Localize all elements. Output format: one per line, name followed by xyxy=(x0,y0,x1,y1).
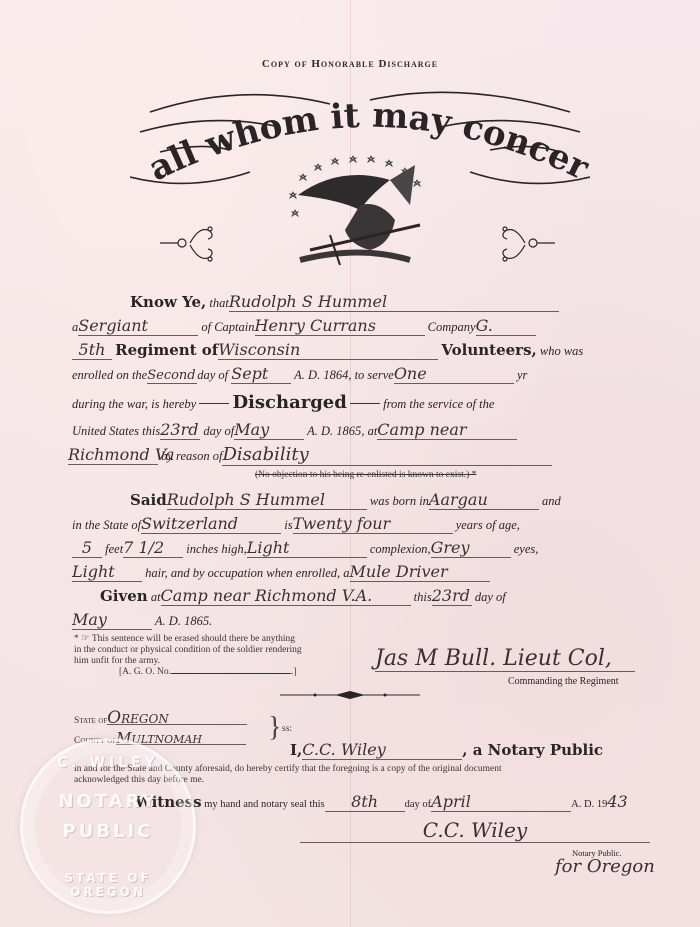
complexion-field: Light xyxy=(247,538,367,558)
state-field: Wisconsin xyxy=(218,340,438,360)
notary-name-field: C.C. Wiley xyxy=(302,740,462,760)
discharge-place-cont-field: Richmond Va xyxy=(68,445,158,465)
discharge-place-field: Camp near xyxy=(377,420,517,440)
given-place-field: Camp near Richmond V.A. xyxy=(161,586,411,606)
given-day-field: 23rd xyxy=(432,586,472,606)
term-field: One xyxy=(394,364,514,384)
brace: } xyxy=(268,712,281,744)
discharged-heading: Discharged xyxy=(232,392,346,413)
state-of-line: State ofOregon xyxy=(74,713,247,727)
eagle-emblem-icon xyxy=(280,150,440,270)
birthplace-field: Aargau xyxy=(429,490,539,510)
know-ye-line: Know Ye, thatRudolph S Hummel xyxy=(130,292,630,314)
captain-field: Henry Currans xyxy=(255,316,425,336)
given-date-line: May A. D. 1865. xyxy=(72,610,632,632)
reason-field: Disability xyxy=(222,444,552,466)
divider-ornament-icon xyxy=(280,690,420,700)
flourish-left-icon xyxy=(160,215,220,265)
reason-line: Richmond Va by reason ofDisability xyxy=(68,444,628,466)
footnote: * ☞ This sentence will be erased should … xyxy=(74,634,354,678)
discharge-date-line: United States this23rd day ofMay A. D. 1… xyxy=(72,420,632,442)
notary-signature: C.C. Wiley xyxy=(300,818,650,843)
regiment-line: 5th Regiment ofWisconsin Volunteers, who… xyxy=(72,340,632,362)
ss-label: ss: xyxy=(282,724,292,735)
notary-state-field: Oregon xyxy=(107,713,247,725)
commander-signature: Jas M Bull. Lieut Col, xyxy=(375,646,635,672)
said-name-field: Rudolph S Hummel xyxy=(167,490,367,510)
discharge-day-field: 23rd xyxy=(160,420,200,440)
regiment-number-field: 5th xyxy=(72,340,112,360)
discharged-line: during the war, is hereby Discharged fro… xyxy=(72,392,632,414)
commander-title: Commanding the Regiment xyxy=(508,676,619,687)
physical-line: 5 feet7 1/2 inches high,Light complexion… xyxy=(72,538,632,560)
enrolled-day-field: Second xyxy=(147,368,197,384)
witness-month-field: April xyxy=(431,792,571,812)
said-line: SaidRudolph S Hummel was born inAargau a… xyxy=(130,490,630,512)
document-header: Copy of Honorable Discharge xyxy=(0,58,700,70)
enrolled-month-field: Sept xyxy=(231,364,291,384)
hair-occupation-line: Light hair, and by occupation when enrol… xyxy=(72,562,632,584)
birth-state-line: in the State ofSwitzerland isTwenty four… xyxy=(72,514,632,536)
notary-for-state: for Oregon xyxy=(555,856,655,877)
company-field: G. xyxy=(476,316,536,336)
discharge-month-field: May xyxy=(234,420,304,440)
enrolled-line: enrolled on theSecondday of Sept A. D. 1… xyxy=(72,364,632,386)
notary-declaration-line: I,C.C. Wiley, a Notary Public xyxy=(290,740,650,762)
reenlist-note: (No objection to his being re-enlisted i… xyxy=(255,470,476,481)
eyes-field: Grey xyxy=(431,538,511,558)
flourish-right-icon xyxy=(495,215,555,265)
inches-field: 7 1/2 xyxy=(123,538,183,558)
hair-field: Light xyxy=(72,562,142,582)
witness-day-field: 8th xyxy=(325,792,405,812)
witness-line: Witness my hand and notary seal this8thd… xyxy=(135,792,655,814)
age-field: Twenty four xyxy=(293,514,453,534)
rank-line: aSergiant of CaptainHenry Currans Compan… xyxy=(72,316,632,338)
given-line: Given atCamp near Richmond V.A. this23rd… xyxy=(100,586,640,608)
given-month-field: May xyxy=(72,610,152,630)
feet-field: 5 xyxy=(72,538,102,558)
birth-state-field: Switzerland xyxy=(141,514,281,534)
rank-field: Sergiant xyxy=(78,316,198,336)
occupation-field: Mule Driver xyxy=(350,562,490,582)
notary-seal-emboss: C. WILEY NOTARY PUBLIC STATE OF OREGON xyxy=(20,738,196,914)
soldier-name-field: Rudolph S Hummel xyxy=(229,292,559,312)
